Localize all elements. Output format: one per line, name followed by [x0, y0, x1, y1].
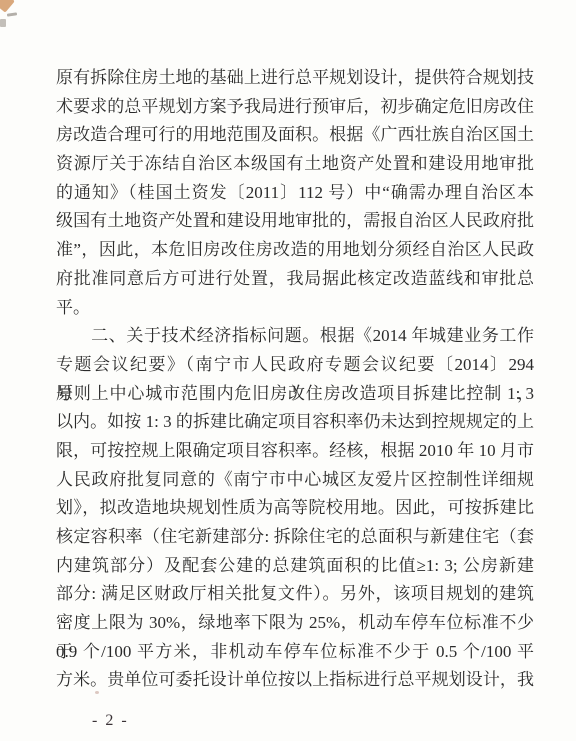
text-line: 级国有土地资产处置和建设用地审批的，需报自治区人民政府批	[56, 207, 534, 236]
text-line: 原有拆除住房土地的基础上进行总平规划设计，提供符合规划技	[56, 64, 534, 93]
text-line: 府批准同意后方可进行处置，我局据此核定改造蓝线和审批总	[56, 265, 534, 294]
scanned-document-page: 原有拆除住房土地的基础上进行总平规划设计，提供符合规划技术要求的总平规划方案予我…	[0, 0, 576, 741]
text-line: 准”，因此，本危旧房改住房改造的用地划分须经自治区人民政	[56, 236, 534, 265]
scan-smudge	[7, 12, 17, 16]
text-line: 方米。贵单位可委托设计单位按以上指标进行总平规划设计，我	[56, 666, 534, 695]
document-body-text: 原有拆除住房土地的基础上进行总平规划设计，提供符合规划技术要求的总平规划方案予我…	[56, 64, 534, 695]
text-line: 人民政府批复同意的《南宁市中心城区友爱片区控制性详细规	[56, 466, 534, 495]
text-line: 的通知》（桂国土资发〔2011〕112 号）中“确需办理自治区本	[56, 179, 534, 208]
text-line: 划》，拟改造地块规划性质为高等院校用地。因此，可按拆建比	[56, 494, 534, 523]
text-line: 术要求的总平规划方案予我局进行预审后，初步确定危旧房改住	[56, 93, 534, 122]
text-line: 限，可按控规上限确定项目容积率。经核，根据 2010 年 10 月市	[56, 437, 534, 466]
text-line: 部分: 满足区财政厅相关批复文件）。另外，该项目规划的建筑	[56, 580, 534, 609]
text-line: 平。	[56, 294, 534, 323]
scan-corner-smudge	[0, 0, 15, 13]
text-line: 0.9 个/100 平方米，非机动车停车位标准不少于 0.5 个/100 平	[56, 638, 534, 667]
text-line: 专题会议纪要》（南宁市人民政府专题会议纪要〔2014〕294 号），	[56, 351, 534, 380]
text-line: 二、关于技术经济指标问题。根据《2014 年城建业务工作	[56, 322, 534, 351]
text-line: 原则上中心城市范围内危旧房改住房改造项目拆建比控制 1: 3	[56, 380, 534, 409]
page-number: - 2 -	[92, 712, 129, 730]
text-line: 内建筑部分）及配套公建的总建筑面积的比值≥1: 3; 公房新建	[56, 552, 534, 581]
text-line: 密度上限为 30%，绿地率下限为 25%，机动车停车位标准不少于	[56, 609, 534, 638]
scan-smudge	[0, 19, 6, 27]
text-line: 以内。如按 1: 3 的拆建比确定项目容积率仍未达到控规规定的上	[56, 408, 534, 437]
text-line: 资源厅关于冻结自治区本级国有土地资产处置和建设用地审批	[56, 150, 534, 179]
text-line: 房改造合理可行的用地范围及面积。根据《广西壮族自治区国土	[56, 121, 534, 150]
text-line: 核定容积率（住宅新建部分: 拆除住宅的总面积与新建住宅（套	[56, 523, 534, 552]
